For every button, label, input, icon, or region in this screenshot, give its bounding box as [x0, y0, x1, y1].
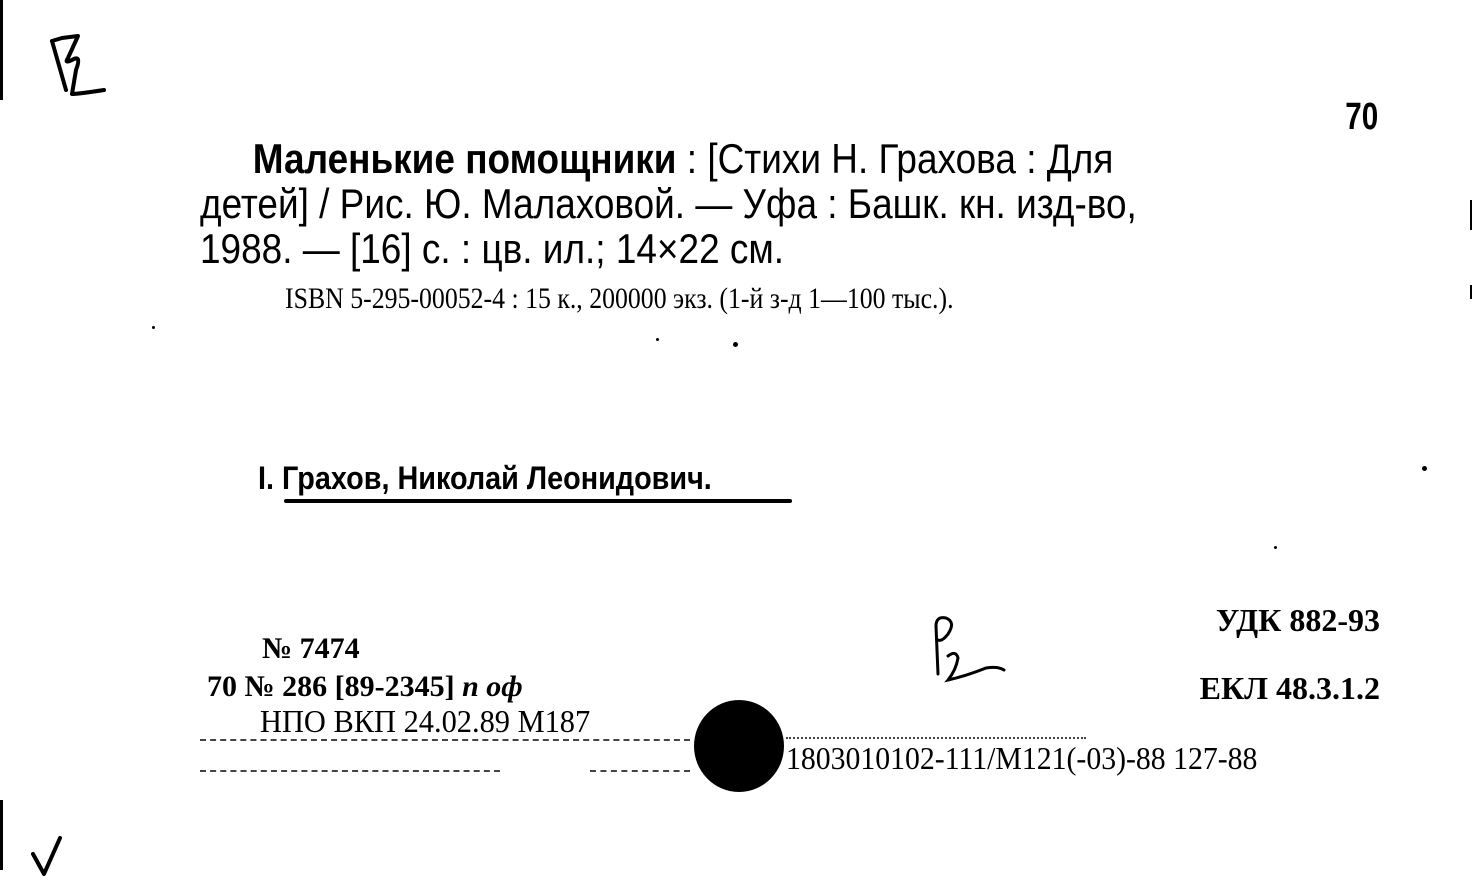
print-info-main: 70 № 286 [89-2345]: [207, 670, 455, 703]
description-line-2: детей] / Рис. Ю. Малаховой. — Уфа : Башк…: [200, 181, 1379, 226]
order-number: № 7474: [262, 632, 360, 666]
checkmark-icon: [30, 836, 70, 886]
punch-hole: [694, 700, 784, 792]
organization-info: НПО ВКП 24.02.89 М187: [260, 703, 590, 740]
card-edge: [0, 0, 3, 100]
handwritten-mark-middle: [926, 612, 1016, 692]
card-edge: [0, 800, 3, 870]
title-details: : [Стихи Н. Грахова : Для: [687, 135, 1114, 182]
divider-line: [590, 770, 690, 772]
book-title: Маленькие помощники: [253, 135, 677, 182]
author-underline: [284, 499, 792, 503]
divider-line: [786, 737, 1086, 739]
catalog-card: 70 Маленькие помощники : [Стихи Н. Грахо…: [0, 0, 1472, 888]
divider-line: [200, 739, 690, 741]
description-line-3: 1988. — [16] с. : цв. ил.; 14×22 см.: [200, 226, 1379, 271]
udk-code: УДК 882-93: [1216, 602, 1380, 639]
author-entry: I. Грахов, Николай Леонидович.: [258, 460, 712, 497]
ekl-code: ЕКЛ 48.3.1.2: [1200, 670, 1380, 707]
isbn-line: ISBN 5-295-00052-4 : 15 к., 200000 экз. …: [285, 282, 954, 316]
description-line-1: Маленькие помощники : [Стихи Н. Грахова …: [200, 136, 1379, 181]
card-number: 70: [1345, 96, 1378, 139]
classification-code: 1803010102-111/М121(-03)-88 127-88: [786, 740, 1257, 777]
print-info: 70 № 286 [89-2345] п оф: [207, 670, 523, 704]
handwritten-mark-top-left: [48, 34, 118, 104]
bibliographic-description: Маленькие помощники : [Стихи Н. Грахова …: [200, 136, 1379, 271]
print-info-format: п оф: [462, 670, 523, 703]
divider-line: [200, 770, 500, 772]
